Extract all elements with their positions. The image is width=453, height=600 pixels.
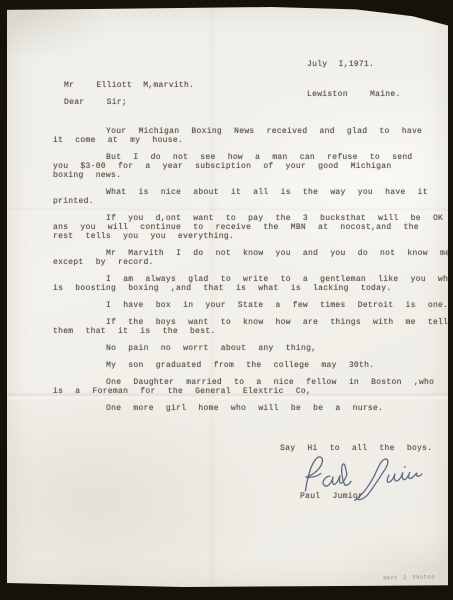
- letter-line: I have box in your State a few times Det…: [53, 301, 445, 310]
- letter-line: them that it is the best.: [53, 327, 445, 336]
- letter-line: it come at my house.: [53, 136, 445, 145]
- letter-line: What is nice about it all is the way you…: [53, 188, 445, 197]
- letter-paragraph: If you d,ont want to pay the 3 bucksthat…: [53, 214, 445, 241]
- letter-line: Mr Marvith I do not know you and you do …: [53, 249, 445, 258]
- letter-line: is boosting boxing ,and that is what is …: [53, 284, 445, 293]
- recipient-line: Mr Elliott M,marvith.: [64, 81, 194, 90]
- letter-line: is a Foreman for the General Elextric Co…: [53, 387, 445, 396]
- scan-background: July I,1971. Lewiston Maine. Mr Elliott …: [0, 0, 453, 600]
- letter-line: No pain no worrt about any thing,: [53, 344, 445, 353]
- letter-paragraph: One Daughter married to a nice fellow in…: [53, 378, 445, 396]
- letter-paragraphs: Your Michigan Boxing News received and g…: [53, 127, 445, 413]
- letter-line: rest tells you you everything.: [53, 232, 445, 241]
- signature-autograph: [296, 446, 430, 511]
- letter-line: ans you will continue to receive the MBN…: [53, 223, 445, 232]
- letter-line: except by record.: [53, 258, 445, 267]
- letter-line: you $3-00 for a year subsciption of your…: [53, 162, 445, 171]
- letter-paragraph: No pain no worrt about any thing,: [53, 344, 445, 353]
- signature-stroke-junior: [353, 458, 422, 500]
- letter-line: One Daughter married to a nice fellow in…: [53, 378, 445, 387]
- letter-line: If the boys want to know how are things …: [53, 318, 445, 327]
- letter-line: I am always glad to write to a gentleman…: [53, 275, 445, 284]
- letter-paragraph: I have box in your State a few times Det…: [53, 301, 445, 310]
- date-line: July I,1971.: [307, 60, 401, 70]
- letter-paragraph: My son graduated from the college may 30…: [53, 361, 445, 370]
- letter-paragraph: One more girl home who will be be a nurs…: [53, 404, 445, 413]
- letter-paragraph: But I do not see how a man can refuse to…: [53, 153, 445, 180]
- letter-line: But I do not see how a man can refuse to…: [53, 153, 445, 162]
- letter-line: boxing news.: [53, 171, 445, 180]
- letter-line: Your Michigan Boxing News received and g…: [53, 127, 445, 136]
- signature-stroke-idot: [405, 467, 406, 468]
- signature-stroke-paul: [304, 456, 351, 491]
- letter-paper: July I,1971. Lewiston Maine. Mr Elliott …: [7, 7, 448, 587]
- letter-paragraph: What is nice about it all is the way you…: [53, 188, 445, 206]
- letter-line: printed.: [53, 197, 445, 206]
- letter-paragraph: I am always glad to write to a gentleman…: [53, 275, 445, 293]
- letter-paragraph: If the boys want to know how are things …: [53, 318, 445, 336]
- letter-paragraph: Mr Marvith I do not know you and you do …: [53, 249, 445, 267]
- letter-line: One more girl home who will be be a nurs…: [53, 404, 445, 413]
- letter-line: If you d,ont want to pay the 3 bucksthat…: [53, 214, 445, 223]
- location-line: Lewiston Maine.: [307, 90, 401, 100]
- letter-line: My son graduated from the college may 30…: [53, 361, 445, 370]
- letter-paragraph: Your Michigan Boxing News received and g…: [53, 127, 445, 145]
- corner-note: Sent 2 Photos: [383, 574, 435, 582]
